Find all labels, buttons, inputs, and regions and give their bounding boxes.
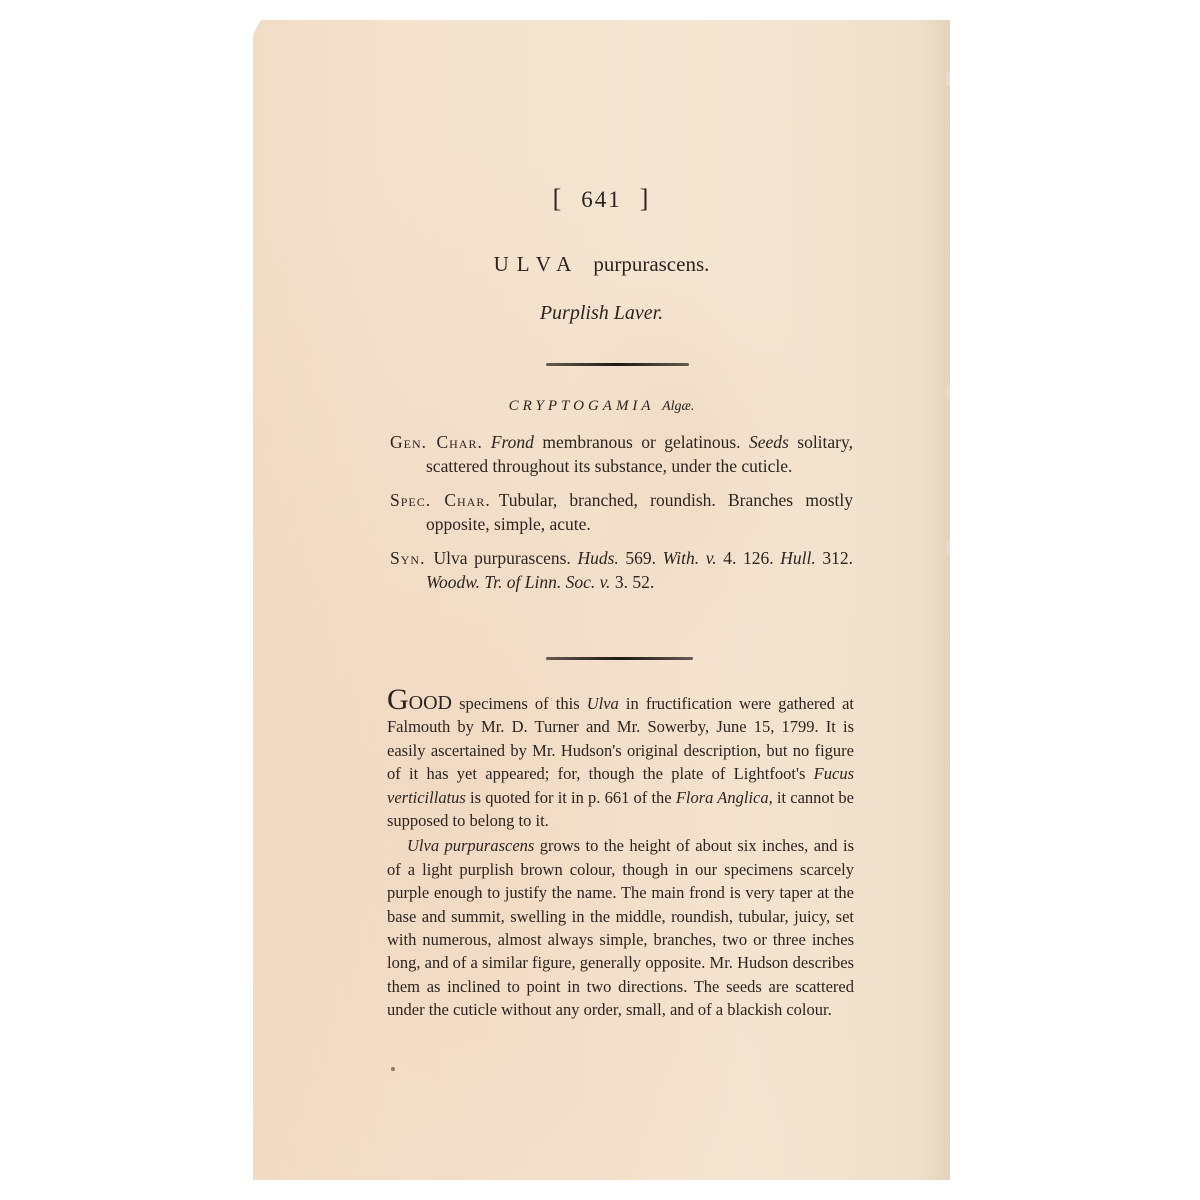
paragraph-1: GOOD specimens of this Ulva in fructific… (387, 690, 854, 832)
italic-text: Seeds (749, 432, 789, 452)
character-entries: Gen. Char.Frond membranous or gelatinous… (390, 430, 853, 604)
body-text: GOOD specimens of this Ulva in fructific… (387, 690, 854, 1022)
classis-name: CRYPTOGAMIA (509, 398, 655, 414)
species-name: purpurascens. (593, 252, 709, 276)
text-run: grows to the height of about six inches,… (387, 836, 854, 1019)
entry-specific-character: Spec. Char.Tubular, branched, roundish. … (390, 488, 853, 536)
ink-speck (391, 1067, 395, 1071)
binding-stub (946, 540, 952, 554)
divider-rule-top (546, 363, 689, 366)
entry-label: Syn. (390, 548, 425, 568)
text-run: 569. (619, 548, 663, 568)
book-page: [641] ULVApurpurascens. Purplish Laver. … (253, 20, 950, 1180)
italic-text: Ulva (587, 694, 619, 713)
italic-text: With. v. (663, 548, 717, 568)
entry-label: Gen. Char. (390, 432, 483, 452)
page-number-close-bracket: ] (640, 184, 651, 213)
italic-text: Hull. (780, 548, 816, 568)
page-number: [641] (253, 184, 950, 214)
common-name: Purplish Laver. (253, 302, 950, 325)
text-run: 3. 52. (610, 572, 654, 592)
divider-rule-bottom (546, 657, 693, 660)
italic-text: Flora Anglica (676, 788, 769, 807)
italic-text: Woodw. Tr. of Linn. Soc. v. (426, 572, 610, 592)
entry-synonyms: Syn.Ulva purpurascens. Huds. 569. With. … (390, 546, 853, 594)
page-number-value: 641 (581, 187, 622, 212)
classification: CRYPTOGAMIA Algæ. (253, 398, 950, 415)
text-run: membranous or gelatinous. (534, 432, 749, 452)
text-run: 312. (816, 548, 853, 568)
binding-stub (946, 72, 952, 86)
drop-cap: G (387, 683, 409, 716)
italic-text: Huds. (577, 548, 618, 568)
page-number-open-bracket: [ (553, 184, 564, 213)
text-run: is quoted for it in p. 661 of the (466, 788, 676, 807)
paragraph-1-text: specimens of this Ulva in fructification… (387, 694, 854, 830)
text-run: Ulva purpurascens. (433, 548, 577, 568)
text-run: specimens of this (452, 694, 587, 713)
text-run: 4. 126. (717, 548, 781, 568)
entry-label: Spec. Char. (390, 490, 491, 510)
binding-stub (946, 385, 952, 399)
drop-cap-rest: OOD (409, 692, 452, 714)
italic-text: Frond (491, 432, 534, 452)
species-title: ULVApurpurascens. (253, 252, 950, 277)
ordo-name: Algæ. (662, 399, 694, 414)
genus-name: ULVA (494, 252, 580, 276)
entry-generic-character: Gen. Char.Frond membranous or gelatinous… (390, 430, 853, 478)
italic-text: Ulva purpurascens (407, 836, 534, 855)
paragraph-2: Ulva purpurascens grows to the height of… (387, 834, 854, 1021)
